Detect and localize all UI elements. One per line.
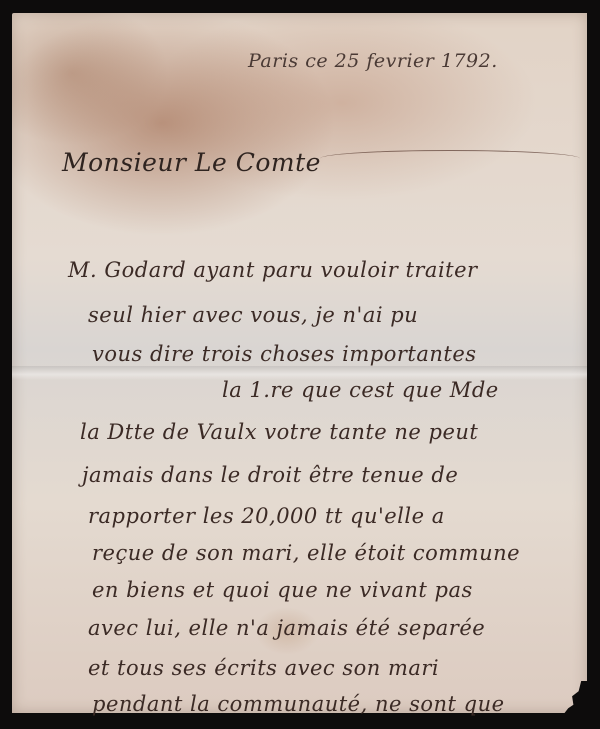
letter-line-10: avec lui, elle n'a jamais été separée (88, 616, 485, 640)
letter-line-2: seul hier avec vous, je n'ai pu (88, 303, 418, 327)
letter-line-12: pendant la communauté, ne sont que (92, 692, 505, 716)
letter-line-5: la Dtte de Vaulx votre tante ne peut (80, 420, 478, 444)
letter-dateline: Paris ce 25 fevrier 1792. (248, 50, 498, 72)
letter-line-6: jamais dans le droit être tenue de (82, 463, 458, 487)
letter-line-11: et tous ses écrits avec son mari (88, 656, 439, 680)
letter-line-3: vous dire trois choses importantes (92, 342, 477, 366)
letter-salutation: Monsieur Le Comte (62, 148, 321, 177)
letter-line-4: la 1.re que cest que Mde (222, 378, 499, 402)
letter-line-8: reçue de son mari, elle étoit commune (92, 541, 520, 565)
letter-line-7: rapporter les 20,000 tt qu'elle a (88, 504, 445, 528)
letter-line-1: M. Godard ayant paru vouloir traiter (68, 258, 478, 282)
letter-line-9: en biens et quoi que ne vivant pas (92, 578, 473, 602)
salutation-flourish (320, 150, 580, 167)
